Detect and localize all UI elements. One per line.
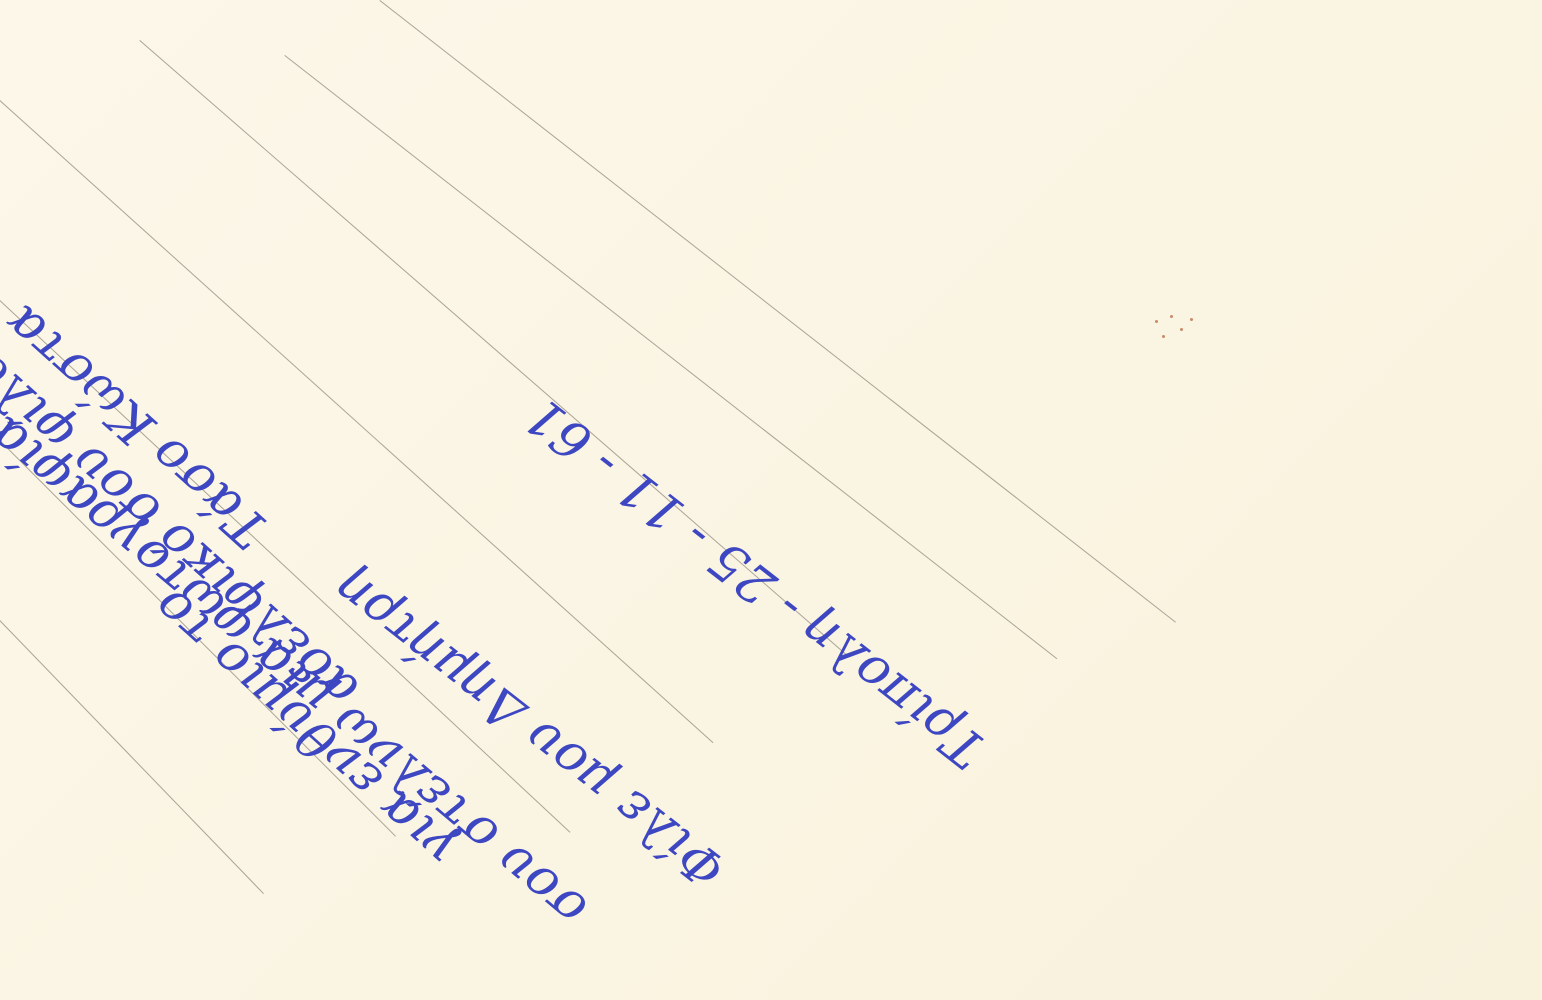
message-line: Τρίπολη - 25 - 11 - 61 [514,384,997,780]
handwritten-message: Τρίπολη - 25 - 11 - 61 Φίλε μου Δημήτρη … [0,0,1542,1000]
